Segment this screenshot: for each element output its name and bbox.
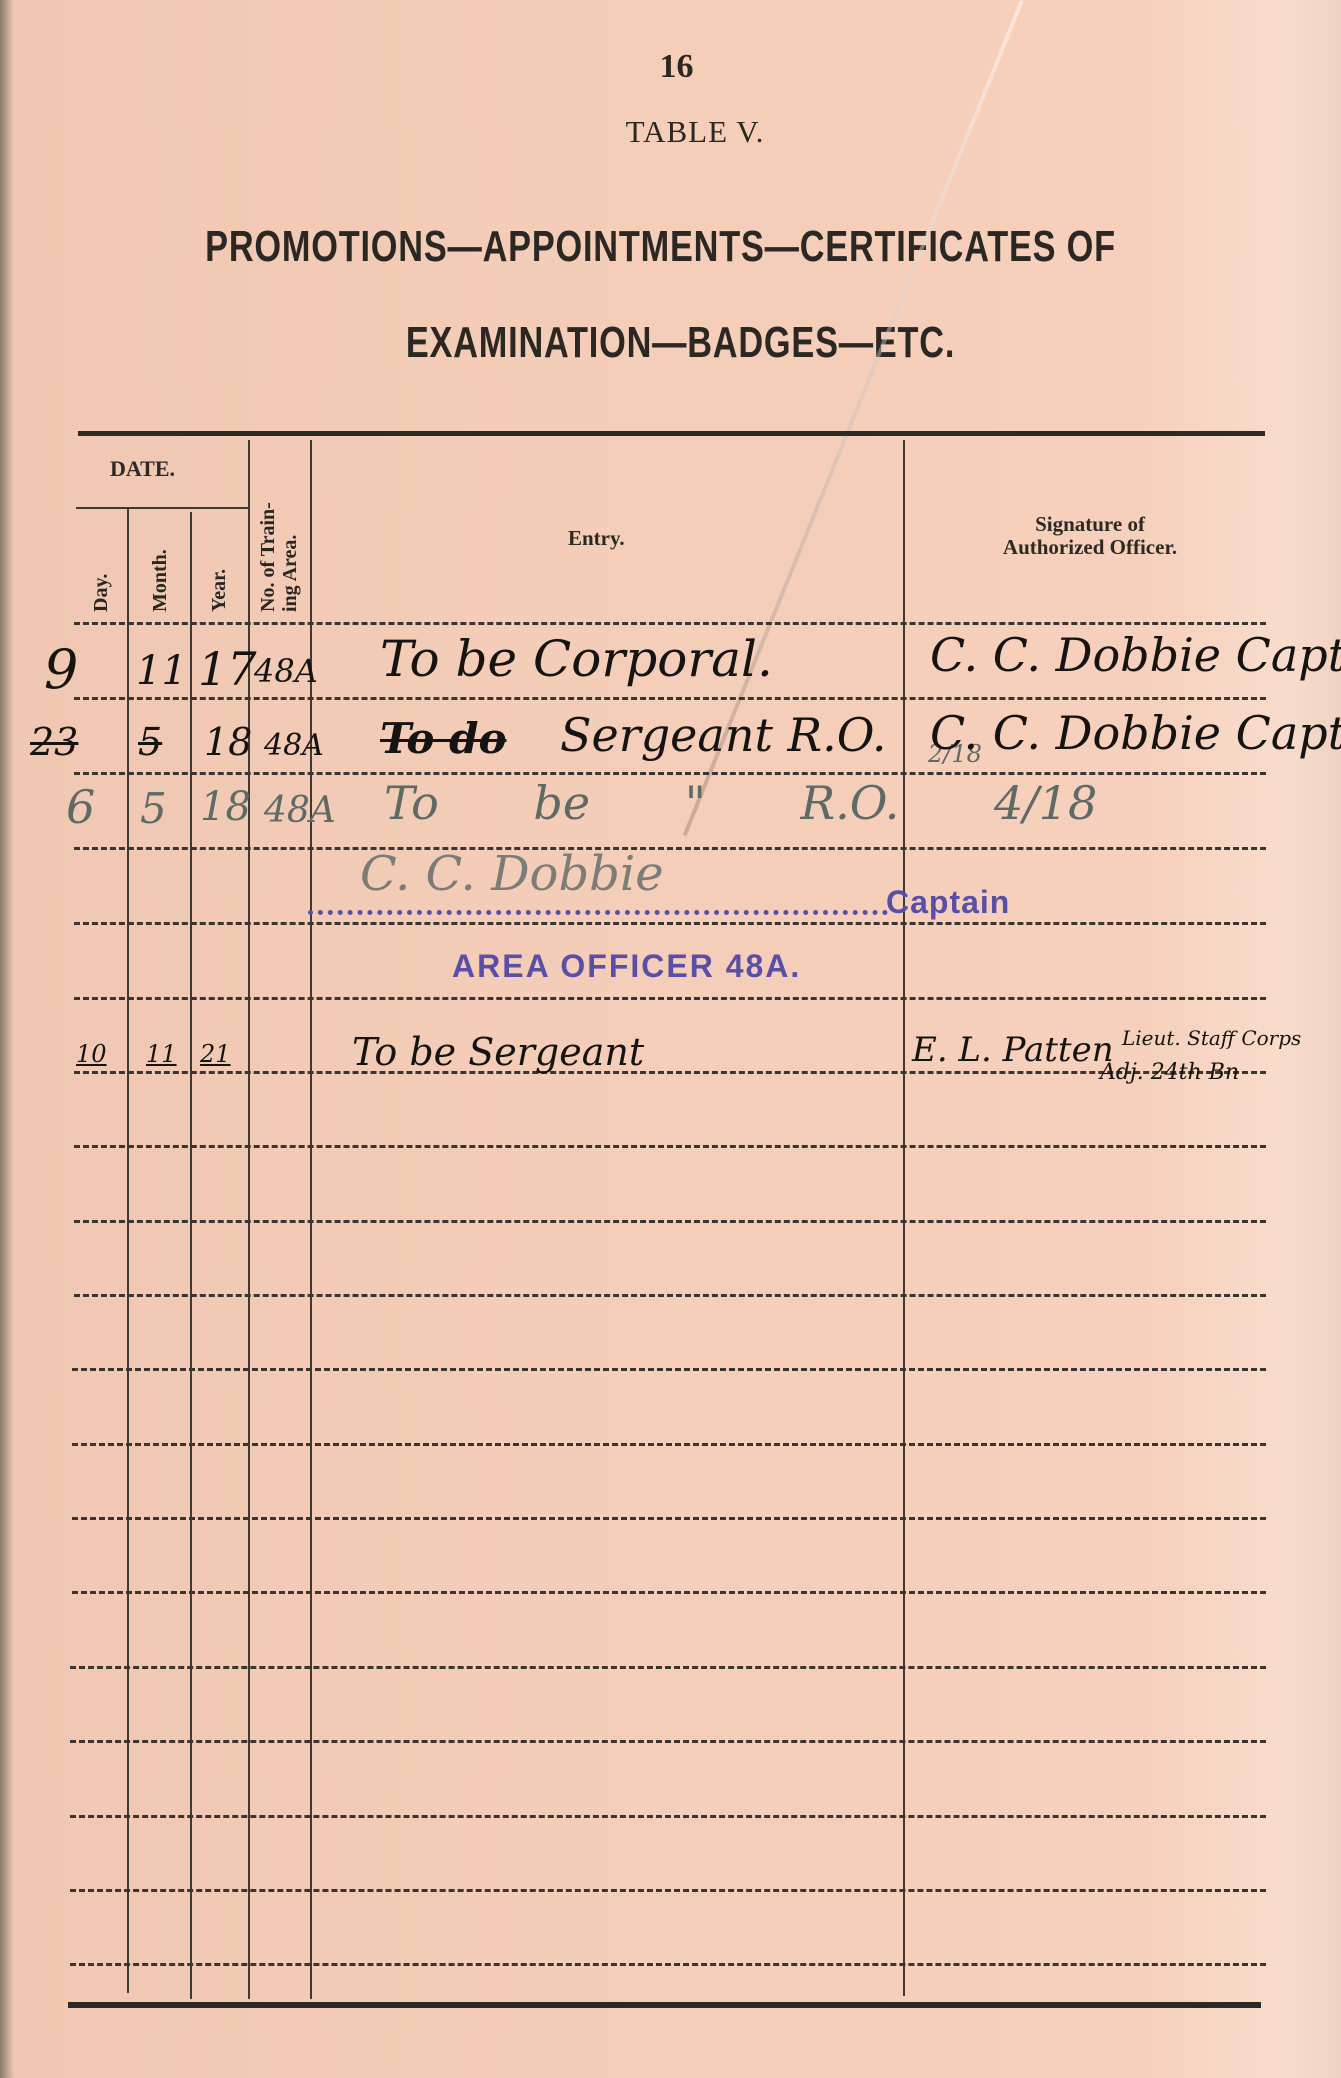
cell-entry-struck: To do <box>380 714 506 763</box>
header-date-rule <box>76 507 249 509</box>
cell-month: 11 <box>136 648 187 694</box>
header-month: Month. <box>150 549 171 612</box>
cell-day: 9 <box>44 638 78 701</box>
page-title-line-2: EXAMINATION—BADGES—ETC. <box>158 318 1204 368</box>
row-rule <box>72 1591 1266 1594</box>
row-rule <box>74 1145 1266 1148</box>
cell-signature: C. C. Dobbie Capt. <box>930 628 1341 682</box>
header-training-area-line-1: No. of Train- <box>258 502 279 612</box>
cell-year: 21 <box>200 1040 231 1068</box>
table-bottom-rule <box>68 2002 1261 2008</box>
stamp-dotted-line <box>308 910 888 915</box>
table-top-rule <box>78 431 1265 436</box>
header-signature-line-2: Authorized Officer. <box>905 535 1275 560</box>
cell-area: 48A <box>264 790 336 831</box>
stamp-office: AREA OFFICER 48A. <box>452 948 801 985</box>
cell-signature-unit: Adj. 24th Bn <box>1100 1060 1239 1085</box>
cell-year: 17 <box>198 642 257 696</box>
header-training-area-line-2: ing Area. <box>280 535 301 612</box>
cell-month: 11 <box>146 1040 177 1068</box>
cell-entry: To be Sergeant <box>352 1030 644 1074</box>
cell-day: 6 <box>66 780 95 834</box>
column-divider-day-month <box>127 508 129 1993</box>
header-year: Year. <box>209 569 230 612</box>
cell-month: 5 <box>138 720 162 764</box>
cell-entry: Sergeant R.O. <box>560 708 886 762</box>
row-rule <box>70 1963 1266 1966</box>
row-rule <box>74 1294 1266 1297</box>
cell-day: 23 <box>30 720 78 764</box>
header-signature-line-1: Signature of <box>905 512 1275 537</box>
cell-signature: C. C. Dobbie Capt. <box>930 706 1341 760</box>
cell-year: 18 <box>200 784 251 830</box>
cell-month: 5 <box>140 784 167 833</box>
row-rule <box>74 1220 1266 1223</box>
cell-year: 18 <box>204 720 252 764</box>
row-rule <box>74 847 1266 850</box>
column-divider-entry-signature <box>903 440 905 1996</box>
row-rule <box>72 1368 1266 1371</box>
row-rule <box>70 1740 1266 1743</box>
cell-area: 48A <box>264 728 324 763</box>
page-number: 16 <box>0 48 1341 86</box>
cell-signature: E. L. Patten <box>912 1030 1114 1070</box>
cell-signature-rank: Lieut. Staff Corps <box>1122 1026 1301 1050</box>
cell-area: 48A <box>254 652 318 690</box>
cell-entry: To be " R.O. 4/18 <box>384 776 1097 830</box>
cell-entry: To be Corporal. <box>380 630 773 688</box>
row-rule <box>72 1443 1266 1446</box>
header-date-group: DATE. <box>110 456 175 482</box>
row-rule <box>74 997 1266 1000</box>
row-rule <box>74 622 1266 625</box>
row-rule <box>74 697 1266 700</box>
column-divider-month-year <box>190 512 192 1999</box>
row-rule <box>70 1815 1266 1818</box>
area-officer-signature: C. C. Dobbie <box>360 846 664 902</box>
row-rule <box>72 1517 1266 1520</box>
row-rule <box>74 772 1266 775</box>
row-rule <box>74 1071 1266 1074</box>
row-rule <box>74 922 1266 925</box>
page-title-line-1: PROMOTIONS—APPOINTMENTS—CERTIFICATES OF <box>138 222 1184 272</box>
cell-day: 10 <box>76 1040 107 1068</box>
stamp-title: Captain <box>886 884 1010 921</box>
header-entry: Entry. <box>568 526 625 551</box>
header-day: Day. <box>91 574 112 612</box>
row-rule <box>70 1889 1266 1892</box>
table-label: TABLE V. <box>0 114 1341 150</box>
row-rule <box>70 1666 1266 1669</box>
